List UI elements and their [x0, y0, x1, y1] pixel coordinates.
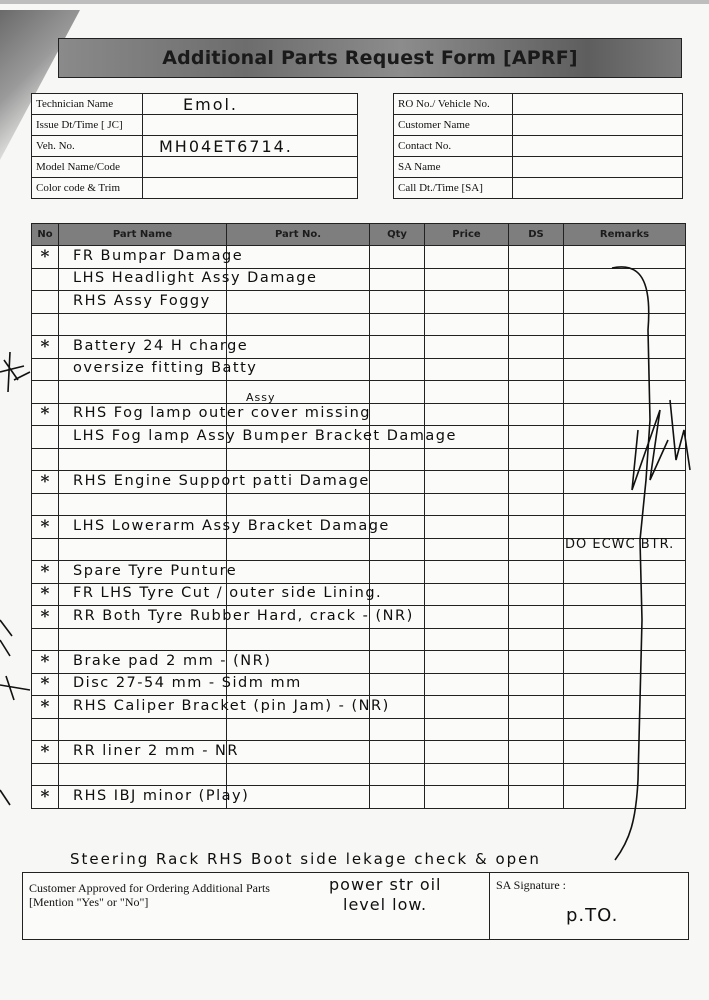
info-label: Call Dt./Time [SA]	[394, 178, 513, 199]
form-title-bar: Additional Parts Request Form [APRF]	[58, 38, 682, 78]
ds-cell[interactable]	[509, 313, 564, 336]
col-header-qty: Qty	[370, 224, 425, 246]
remarks-cell[interactable]	[564, 291, 686, 314]
remarks-cell[interactable]	[564, 336, 686, 359]
row-marker: *	[32, 673, 59, 696]
sa-signature-section[interactable]: SA Signature : p.TO.	[490, 873, 688, 939]
row-marker	[32, 628, 59, 651]
ds-cell[interactable]	[509, 246, 564, 269]
qty-cell[interactable]	[370, 448, 425, 471]
table-row: *RHS IBJ minor (Play)	[32, 786, 686, 809]
ds-cell[interactable]	[509, 358, 564, 381]
price-cell[interactable]	[425, 741, 509, 764]
parts-table-body: *FR Bumpar DamageLHS Headlight Assy Dama…	[32, 246, 686, 809]
price-cell[interactable]	[425, 381, 509, 404]
page-top-edge	[0, 0, 709, 4]
row-marker: *	[32, 606, 59, 629]
ds-cell[interactable]	[509, 291, 564, 314]
qty-cell[interactable]	[370, 763, 425, 786]
qty-cell[interactable]	[370, 561, 425, 584]
row-marker	[32, 448, 59, 471]
row-description: FR Bumpar Damage	[73, 248, 243, 264]
qty-cell[interactable]	[370, 336, 425, 359]
row-marker	[32, 268, 59, 291]
row-marker	[32, 538, 59, 561]
customer-approval-label: Customer Approved for Ordering Additiona…	[29, 881, 270, 909]
part-name-cell[interactable]: FR LHS Tyre Cut / outer side Lining.	[59, 583, 227, 606]
price-cell[interactable]	[425, 291, 509, 314]
part-name-cell[interactable]	[59, 493, 227, 516]
qty-cell[interactable]	[370, 381, 425, 404]
ds-cell[interactable]	[509, 268, 564, 291]
price-cell[interactable]	[425, 471, 509, 494]
price-cell[interactable]	[425, 313, 509, 336]
ds-cell[interactable]	[509, 561, 564, 584]
part-no-cell[interactable]	[227, 718, 370, 741]
ds-cell[interactable]	[509, 448, 564, 471]
row-description: RR liner 2 mm - NR	[73, 743, 239, 759]
part-name-cell[interactable]: RHS Assy Foggy	[59, 291, 227, 314]
price-cell[interactable]	[425, 718, 509, 741]
row-marker: *	[32, 786, 59, 809]
row-description: RHS Engine Support patti Damage	[73, 473, 370, 489]
price-cell[interactable]	[425, 336, 509, 359]
price-cell[interactable]	[425, 448, 509, 471]
table-row: *FR Bumpar Damage	[32, 246, 686, 269]
row-marker	[32, 763, 59, 786]
price-cell[interactable]	[425, 538, 509, 561]
qty-cell[interactable]	[370, 358, 425, 381]
ds-cell[interactable]	[509, 718, 564, 741]
table-row: *Disc 27-54 mm - Sidm mm	[32, 673, 686, 696]
part-name-cell[interactable]	[59, 628, 227, 651]
info-label: Technician Name	[32, 94, 143, 115]
row-description: LHS Headlight Assy Damage	[73, 270, 317, 286]
ds-cell[interactable]	[509, 741, 564, 764]
table-row: *RHS Caliper Bracket (pin Jam) - (NR)	[32, 696, 686, 719]
row-marker: *	[32, 516, 59, 539]
qty-cell[interactable]	[370, 628, 425, 651]
price-cell[interactable]	[425, 268, 509, 291]
approval-value-line2: level low.	[343, 895, 427, 914]
ds-cell[interactable]	[509, 471, 564, 494]
part-name-cell[interactable]: FR Bumpar Damage	[59, 246, 227, 269]
price-cell[interactable]	[425, 403, 509, 426]
part-name-cell[interactable]: RR liner 2 mm - NR	[59, 741, 227, 764]
info-label: Issue Dt/Time [ JC]	[32, 115, 143, 136]
row-marker	[32, 358, 59, 381]
part-name-cell[interactable]	[59, 718, 227, 741]
remarks-cell[interactable]	[564, 448, 686, 471]
table-row	[32, 493, 686, 516]
price-cell[interactable]	[425, 561, 509, 584]
qty-cell[interactable]	[370, 246, 425, 269]
row-description: LHS Lowerarm Assy Bracket Damage	[73, 518, 390, 534]
row-marker: *	[32, 696, 59, 719]
info-label: RO No./ Vehicle No.	[394, 94, 513, 115]
ds-cell[interactable]	[509, 651, 564, 674]
price-cell[interactable]	[425, 673, 509, 696]
parts-table-header: No Part Name Part No. Qty Price DS Remar…	[32, 224, 686, 246]
remarks-cell[interactable]	[564, 651, 686, 674]
model-name-field[interactable]	[143, 157, 358, 178]
table-row: *RR liner 2 mm - NR	[32, 741, 686, 764]
ds-cell[interactable]	[509, 426, 564, 449]
ds-cell[interactable]	[509, 403, 564, 426]
info-row-issue-dt: Issue Dt/Time [ JC]	[32, 115, 358, 136]
remarks-cell[interactable]	[564, 381, 686, 404]
sa-signature-value: p.TO.	[566, 905, 618, 926]
row-marker: *	[32, 741, 59, 764]
customer-approval-section[interactable]: Customer Approved for Ordering Additiona…	[23, 873, 490, 939]
table-row: *RR Both Tyre Rubber Hard, crack - (NR)	[32, 606, 686, 629]
color-code-field[interactable]	[143, 178, 358, 199]
col-header-price: Price	[425, 224, 509, 246]
remarks-cell[interactable]	[564, 493, 686, 516]
table-row	[32, 763, 686, 786]
info-label: Color code & Trim	[32, 178, 143, 199]
price-cell[interactable]	[425, 516, 509, 539]
qty-cell[interactable]	[370, 741, 425, 764]
customer-name-field[interactable]	[513, 115, 683, 136]
part-name-cell[interactable]	[59, 538, 227, 561]
approval-footer: Customer Approved for Ordering Additiona…	[22, 872, 689, 940]
table-row	[32, 381, 686, 404]
header-info-left: Technician Name Emol. Issue Dt/Time [ JC…	[31, 93, 358, 199]
table-row	[32, 313, 686, 336]
price-cell[interactable]	[425, 606, 509, 629]
part-no-cell[interactable]	[227, 448, 370, 471]
part-no-cell[interactable]	[227, 561, 370, 584]
row-description: Disc 27-54 mm - Sidm mm	[73, 675, 302, 691]
col-header-no: No	[32, 224, 59, 246]
row-description: RHS Caliper Bracket (pin Jam) - (NR)	[73, 698, 390, 714]
table-row: oversize fitting Batty	[32, 358, 686, 381]
ds-cell[interactable]	[509, 538, 564, 561]
row-description: Brake pad 2 mm - (NR)	[73, 653, 271, 669]
part-no-cell[interactable]	[227, 246, 370, 269]
part-name-cell[interactable]: Brake pad 2 mm - (NR)	[59, 651, 227, 674]
remarks-cell[interactable]	[564, 471, 686, 494]
price-cell[interactable]	[425, 763, 509, 786]
table-row: * Spare Tyre Punture	[32, 561, 686, 584]
qty-cell[interactable]	[370, 718, 425, 741]
col-header-part-name: Part Name	[59, 224, 227, 246]
qty-cell[interactable]	[370, 291, 425, 314]
remarks-cell[interactable]	[564, 358, 686, 381]
price-cell[interactable]	[425, 696, 509, 719]
part-no-cell[interactable]	[227, 628, 370, 651]
row-description: RHS Assy Foggy	[73, 293, 211, 309]
table-row	[32, 628, 686, 651]
sa-name-field[interactable]	[513, 157, 683, 178]
row-description: oversize fitting Batty	[73, 360, 257, 376]
technician-name-field[interactable]: Emol.	[143, 94, 358, 115]
col-header-remarks: Remarks	[564, 224, 686, 246]
row-marker	[32, 313, 59, 336]
lowerarm-remark: DO ECWC BTR.	[565, 537, 674, 552]
qty-cell[interactable]	[370, 538, 425, 561]
part-name-cell[interactable]: RR Both Tyre Rubber Hard, crack - (NR)	[59, 606, 227, 629]
part-no-cell[interactable]	[227, 313, 370, 336]
vehicle-number-field[interactable]: MH04ET6714.	[143, 136, 358, 157]
ds-cell[interactable]	[509, 673, 564, 696]
part-name-cell[interactable]: RHS IBJ minor (Play)	[59, 786, 227, 809]
info-label: Veh. No.	[32, 136, 143, 157]
part-no-cell[interactable]	[227, 763, 370, 786]
part-name-cell[interactable]: RHS Engine Support patti Damage	[59, 471, 227, 494]
qty-cell[interactable]	[370, 493, 425, 516]
price-cell[interactable]	[425, 246, 509, 269]
part-name-cell[interactable]: Disc 27-54 mm - Sidm mm	[59, 673, 227, 696]
ds-cell[interactable]	[509, 493, 564, 516]
qty-cell[interactable]	[370, 786, 425, 809]
row-marker	[32, 493, 59, 516]
part-no-cell[interactable]	[227, 741, 370, 764]
row-marker: *	[32, 583, 59, 606]
ds-cell[interactable]	[509, 583, 564, 606]
remarks-cell[interactable]	[564, 268, 686, 291]
remarks-cell[interactable]	[564, 583, 686, 606]
row-marker: *	[32, 561, 59, 584]
row-marker: *	[32, 246, 59, 269]
qty-cell[interactable]	[370, 651, 425, 674]
ds-cell[interactable]	[509, 516, 564, 539]
table-row	[32, 718, 686, 741]
row-description: Battery 24 H charge	[73, 338, 248, 354]
row-marker: *	[32, 336, 59, 359]
row-marker	[32, 381, 59, 404]
table-row: *LHS Lowerarm Assy Bracket Damage	[32, 516, 686, 539]
qty-cell[interactable]	[370, 313, 425, 336]
steering-rack-note: Steering Rack RHS Boot side lekage check…	[70, 850, 541, 868]
table-row: *RHS Engine Support patti Damage	[32, 471, 686, 494]
qty-cell[interactable]	[370, 673, 425, 696]
parts-table: No Part Name Part No. Qty Price DS Remar…	[31, 223, 686, 809]
part-no-cell[interactable]	[227, 538, 370, 561]
price-cell[interactable]	[425, 358, 509, 381]
part-name-cell[interactable]: Battery 24 H charge	[59, 336, 227, 359]
row-marker: *	[32, 471, 59, 494]
part-name-cell[interactable]	[59, 448, 227, 471]
col-header-ds: DS	[509, 224, 564, 246]
ds-cell[interactable]	[509, 628, 564, 651]
info-label: Model Name/Code	[32, 157, 143, 178]
row-marker	[32, 291, 59, 314]
remarks-cell[interactable]	[564, 426, 686, 449]
part-name-cell[interactable]: LHS Fog lamp Assy Bumper Bracket Damage	[59, 426, 227, 449]
ds-cell[interactable]	[509, 381, 564, 404]
remarks-cell[interactable]	[564, 313, 686, 336]
row-description: RHS Fog lamp outer cover missing	[73, 405, 371, 421]
part-name-cell[interactable]	[59, 381, 227, 404]
remarks-cell[interactable]	[564, 606, 686, 629]
part-name-cell[interactable]	[59, 763, 227, 786]
row-description: RR Both Tyre Rubber Hard, crack - (NR)	[73, 608, 414, 624]
table-row: LHS Fog lamp Assy Bumper Bracket Damage	[32, 426, 686, 449]
ds-cell[interactable]	[509, 336, 564, 359]
header-info-right: RO No./ Vehicle No. Customer Name Contac…	[393, 93, 683, 199]
ds-cell[interactable]	[509, 606, 564, 629]
ro-number-field[interactable]	[513, 94, 683, 115]
info-row-call-dt: Call Dt./Time [SA]	[394, 178, 683, 199]
table-row: *RHS Fog lamp outer cover missing	[32, 403, 686, 426]
info-row-model: Model Name/Code	[32, 157, 358, 178]
price-cell[interactable]	[425, 628, 509, 651]
part-no-cell[interactable]	[227, 493, 370, 516]
info-row-technician: Technician Name Emol.	[32, 94, 358, 115]
price-cell[interactable]	[425, 651, 509, 674]
qty-cell[interactable]	[370, 268, 425, 291]
part-name-cell[interactable]: oversize fitting Batty	[59, 358, 227, 381]
remarks-cell[interactable]	[564, 741, 686, 764]
row-description: RHS IBJ minor (Play)	[73, 788, 249, 804]
part-no-cell[interactable]	[227, 291, 370, 314]
part-name-cell[interactable]	[59, 313, 227, 336]
table-row: *Brake pad 2 mm - (NR)	[32, 651, 686, 674]
part-name-cell[interactable]: LHS Lowerarm Assy Bracket Damage	[59, 516, 227, 539]
table-row: LHS Headlight Assy Damage	[32, 268, 686, 291]
ds-cell[interactable]	[509, 696, 564, 719]
remarks-cell[interactable]	[564, 696, 686, 719]
call-datetime-field[interactable]	[513, 178, 683, 199]
row-marker: *	[32, 403, 59, 426]
remarks-cell[interactable]	[564, 246, 686, 269]
row-marker	[32, 718, 59, 741]
info-row-customer-name: Customer Name	[394, 115, 683, 136]
form-title: Additional Parts Request Form [APRF]	[162, 47, 578, 69]
price-cell[interactable]	[425, 583, 509, 606]
qty-cell[interactable]	[370, 403, 425, 426]
table-row	[32, 448, 686, 471]
price-cell[interactable]	[425, 493, 509, 516]
contact-number-field[interactable]	[513, 136, 683, 157]
part-name-cell[interactable]: Spare Tyre Punture	[59, 561, 227, 584]
remarks-cell[interactable]	[564, 516, 686, 539]
table-row: *FR LHS Tyre Cut / outer side Lining.	[32, 583, 686, 606]
info-label: Customer Name	[394, 115, 513, 136]
table-row: RHS Assy Foggy	[32, 291, 686, 314]
row-description: LHS Fog lamp Assy Bumper Bracket Damage	[73, 428, 457, 444]
info-row-veh-no: Veh. No. MH04ET6714.	[32, 136, 358, 157]
info-row-sa-name: SA Name	[394, 157, 683, 178]
part-name-cell[interactable]: RHS Caliper Bracket (pin Jam) - (NR)	[59, 696, 227, 719]
approval-value-line1: power str oil	[329, 875, 442, 894]
row-description: Spare Tyre Punture	[73, 563, 237, 579]
info-row-contact: Contact No.	[394, 136, 683, 157]
qty-cell[interactable]	[370, 471, 425, 494]
ds-cell[interactable]	[509, 763, 564, 786]
remarks-cell[interactable]	[564, 403, 686, 426]
remarks-cell[interactable]	[564, 673, 686, 696]
remarks-cell[interactable]	[564, 628, 686, 651]
remarks-cell[interactable]	[564, 763, 686, 786]
price-cell[interactable]	[425, 786, 509, 809]
row-description: FR LHS Tyre Cut / outer side Lining.	[73, 585, 382, 601]
info-row-ro-no: RO No./ Vehicle No.	[394, 94, 683, 115]
part-name-cell[interactable]: LHS Headlight Assy Damage	[59, 268, 227, 291]
remarks-cell[interactable]	[564, 786, 686, 809]
row-marker	[32, 426, 59, 449]
row-marker: *	[32, 651, 59, 674]
battery-assy-note: Assy	[246, 391, 276, 404]
part-name-cell[interactable]: RHS Fog lamp outer cover missing	[59, 403, 227, 426]
col-header-part-no: Part No.	[227, 224, 370, 246]
issue-datetime-field[interactable]	[143, 115, 358, 136]
sa-signature-label: SA Signature :	[496, 878, 566, 893]
info-row-color: Color code & Trim	[32, 178, 358, 199]
ds-cell[interactable]	[509, 786, 564, 809]
info-label: Contact No.	[394, 136, 513, 157]
table-row: *Battery 24 H charge	[32, 336, 686, 359]
remarks-cell[interactable]	[564, 561, 686, 584]
remarks-cell[interactable]	[564, 718, 686, 741]
info-label: SA Name	[394, 157, 513, 178]
